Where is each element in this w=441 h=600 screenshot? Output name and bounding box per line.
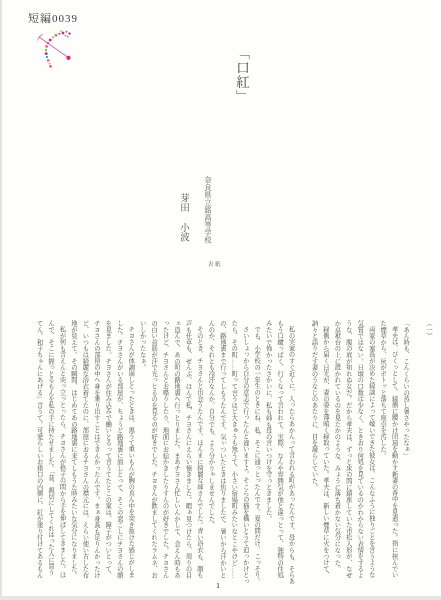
story-text-column: の、路地裏まで行ってしもうたんです。気ぃついたときは焦りましたで、暑いから汗かい… (216, 320, 227, 586)
story-text-column: 「あん時も、こんくらいの蒸し暑さやったなぁ」 (400, 320, 411, 586)
story-text-column: 孝夫は、びくっとして、縁側に腰かけ団扇を動かす新妻の背中を見遣った。指に挟んでい (388, 320, 399, 586)
story-text-column: 縁側から届く日光が、妻の姿を薄暗く縁取っていた。孝夫は、新しい煙草に火をつけて、 (319, 320, 330, 586)
story-text-column: んで、そこに握っとるもんを私の手に持たせました。「昔、親切にしてくれはった人に買… (45, 320, 56, 586)
story-text-column: ど、いつもは綺麗な浴衣着てたのに、部屋におるチヨさんの襟元には、えらい使い古した… (79, 320, 90, 586)
story-text-column: チヨさんが体調崩しとったときは、黒うて重いもんが胸の真ん中を突き抜けた感じがしま (125, 320, 136, 586)
story-text-column: でも、小学校の一年生のときにね、私、そこに通っとったんです。夏の間だけ、こっそり… (251, 320, 262, 586)
story-text-column: した。チヨさんがいる部屋が、ちょうど路地裏に面しとって、そこの窓ごしにチヨさんの… (113, 320, 124, 586)
page-number: 1 (209, 582, 227, 590)
story-text-column: の白い首筋が汗で光っとるのを見るのが好きでした。チヨさんが飲ましてくれたラムネ、… (148, 320, 159, 586)
story-title: 「口紅」 (231, 46, 251, 104)
school-name: 奈良県立銘高等学校 (203, 176, 213, 246)
bow-and-arrow-stamp-icon (36, 30, 76, 72)
story-text-column (411, 320, 422, 586)
story-text-column: んのか、それとも冷汗なんか、自分でも、よう分かりゃしませんでした。 (205, 320, 216, 586)
story-text-column (297, 320, 308, 586)
story-text-column: を見ました。チヨさんが住み込みで働いとるって言うてたとこの家は、障子がついとって… (102, 320, 113, 586)
story-text-column: 私の実家のすぐ近くに、入ったらあかんって言われる町があったんです。母からも、そら… (285, 320, 296, 586)
story-text-column: もう口酸っぱく、行くなって言われて。実際、なんや雰囲気が他と違っとって、独特の住… (274, 320, 285, 586)
story-body-text: （一） 「あん時も、こんくらいの蒸し暑さやったなぁ」孝夫は、びくっとして、縁側に… (32, 320, 434, 586)
story-text-column: チヨさんの部屋の中へ身を乗り出すことはできんかったんです。まぁ身長も足りんかった… (90, 320, 101, 586)
story-text-column: 声も仕草も、ぜんぶ。ほんで私、チヨさんにえらい懐きました。暇ぁ見つけたら、周りの… (182, 320, 193, 586)
story-text-column: （一） (423, 320, 434, 586)
story-text-column: てん。和子ちゃんにあげる」言うて。可愛らしいお猪口の内側に、紅が塗り付けてあるも… (33, 320, 44, 586)
story-text-column: さいしょっから自分の意志で行ったんと違いますよ。そこらの猫を構いとうて追っかけと… (239, 320, 250, 586)
story-text-column: か卓袱台の上に置かれているのを見たかのような、みょうに落ち着かない気分になった。 (331, 320, 342, 586)
story-text-column: 地が見えて。その瞬間、はじめてあの路地裏に来てしもうた時みたいな気分になりました… (68, 320, 79, 586)
story-text-column: 両家の家長が決めた縁談によって嫁いできた彼女は、こんなふうに独りごとを言うような (365, 320, 376, 586)
story-text-column: ェ盗んで、あの町の路地裏へ行っとりました。まあチヨさん忙しいんかして、会えん時も… (171, 320, 182, 586)
submission-number-label: 短編0039 (28, 10, 78, 26)
story-text-column: いしかったなぁ。 (136, 320, 147, 586)
author-name: 芽田 小波 (176, 193, 190, 247)
story-text-column: 訥々と語りだす妻のうなじのあたりに、目を凝らしていた。 (308, 320, 319, 586)
story-text-column: そのとき、チヨさんと出会うたんです。ほんまに綺麗な姉さんでした。青い浴衣も、顔も (193, 320, 204, 586)
page-left-edge (0, 0, 2, 600)
story-text-column: 気質ではない。日頃の口数は少なく、ときおり何処を見ているのかわからない表情をする… (354, 320, 365, 586)
story-text-column: たら、その町……町って言うほど大きゅうも無うて、小さい宿場町みたいなとこやけど…… (228, 320, 239, 586)
story-text-column: みたいで怖かったさかいに、私も姉も母の言いつけを守っときました。 (262, 320, 273, 586)
cover-section-label: 表紙 (208, 260, 222, 268)
story-text-column: うな、腹の底が知れぬ女だ。だから孝夫は、ずっと床の間に鎮座していた市松人形が、な… (342, 320, 353, 586)
story-text-column: 私が何も言えんと突っ立っとったら、チヨさんが格子の間から手を伸ばしてきました。ほ (56, 320, 67, 586)
document-page: { "page": { "header_label": "短編0039", "c… (0, 0, 441, 600)
story-text-column: ったけど、チヨさんとお喋りしたり、地面にお絵かきしたりすんのが好きでした。チヨさ… (159, 320, 170, 586)
story-text-column: た煙草から、灰がポトッと落ちて座卓を汚した。 (377, 320, 388, 586)
page-bottom-edge (0, 596, 441, 600)
